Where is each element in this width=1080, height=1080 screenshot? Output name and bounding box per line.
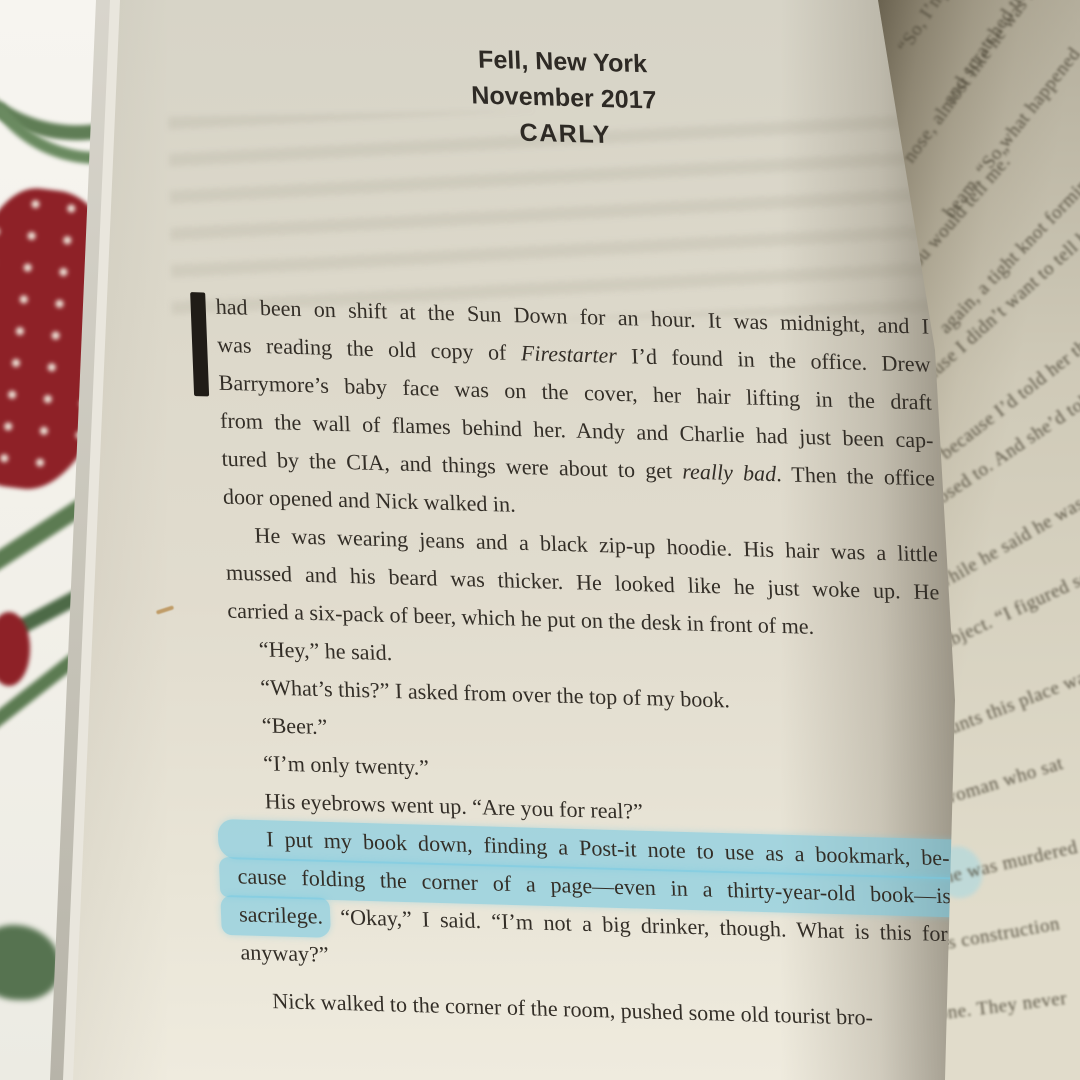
text-column: Fell, New York November 2017 CARLY had b… (205, 28, 956, 1039)
text-segment: “What’s this?” I asked from over the top… (260, 674, 730, 712)
chapter-header: Fell, New York November 2017 CARLY (205, 34, 922, 162)
text-segment: door opened and Nick walked in. (223, 484, 517, 517)
text-segment: Firestarter (520, 340, 617, 368)
photo-scene: Fell, New York November 2017 CARLY had b… (0, 0, 1080, 1080)
text-segment: “Hey,” he said. (258, 636, 392, 665)
text-segment: “I’m only twenty.” (263, 750, 430, 780)
text-segment: Nick walked to the corner of the room, p… (272, 988, 873, 1030)
text-segment: tured by the CIA, and things were about … (221, 446, 683, 484)
pencil-mark (156, 605, 174, 614)
page-text: had been on shift at the Sun Down for an… (215, 288, 956, 1039)
text-segment: was reading the old copy of (217, 332, 522, 365)
text-segment: really bad (682, 459, 777, 487)
left-book-page: Fell, New York November 2017 CARLY had b… (0, 0, 980, 1080)
text-segment: “Beer.” (261, 712, 327, 739)
highlighted-text: sacrilege. (220, 895, 330, 938)
opposite-page-text-fragment: done. They never (927, 988, 1069, 1027)
text-line: Nick walked to the corner of the room, p… (242, 981, 957, 1039)
text-segment: anyway?” (240, 939, 329, 966)
text-segment: His eyebrows went up. “Are you for real?… (264, 788, 643, 824)
text-segment: I’d found in the office. Drew (616, 343, 931, 377)
text-segment: . Then the office (776, 461, 936, 490)
fabric-green-leaf (0, 925, 60, 1000)
